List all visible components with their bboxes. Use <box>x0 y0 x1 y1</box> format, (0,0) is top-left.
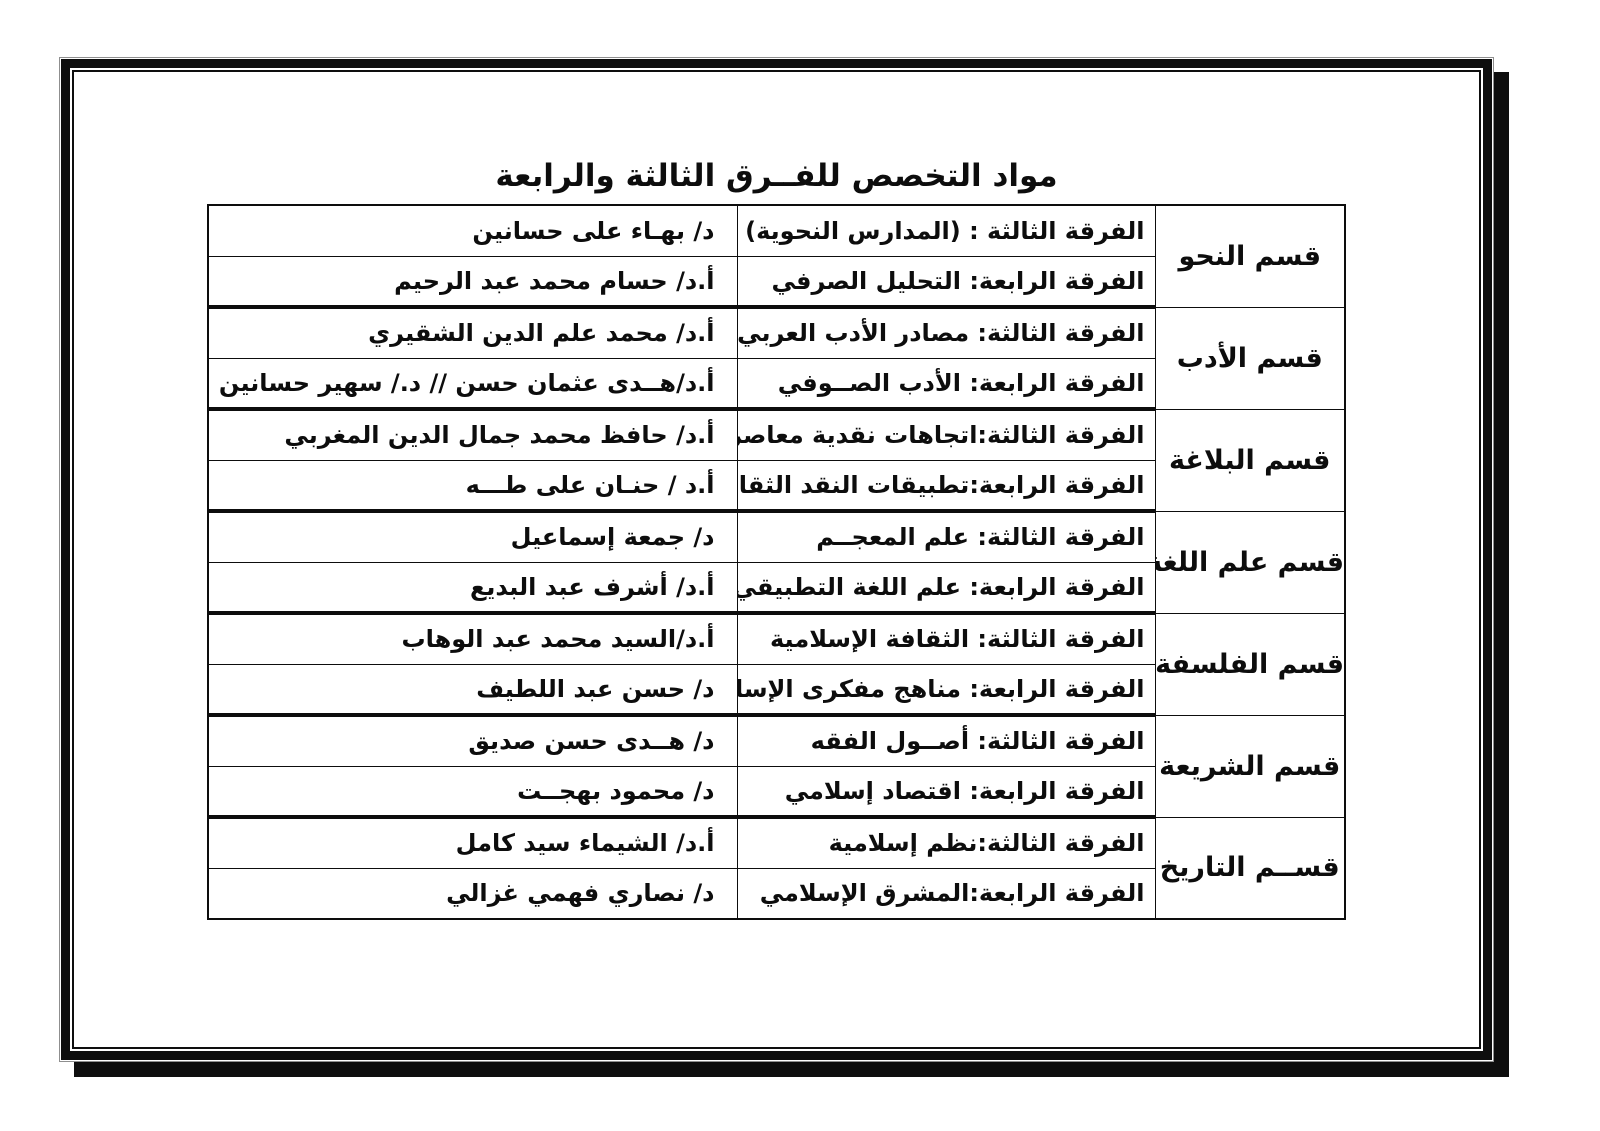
table-row: قســم التاريخ الفرقة الثالثة:نظم إسلامية… <box>208 817 1345 868</box>
subject-cell: الفرقة الرابعة: علم اللغة التطبيقي <box>737 562 1155 613</box>
page-content: مواد التخصص للفــرق الثالثة والرابعة قسم… <box>72 70 1481 1049</box>
subject-cell: الفرقة الثالثة: الثقافة الإسلامية <box>737 613 1155 664</box>
subject-cell: الفرقة الرابعة: الأدب الصــوفي <box>737 358 1155 409</box>
professor-cell: أ.د/ محمد علم الدين الشقيري <box>208 307 737 358</box>
subject-cell: الفرقة الثالثة: أصــول الفقه <box>737 715 1155 766</box>
professor-cell: د/ جمعة إسماعيل <box>208 511 737 562</box>
table-row: قسم النحو الفرقة الثالثة : (المدارس النح… <box>208 205 1345 256</box>
table-row: قسم الأدب الفرقة الثالثة: مصادر الأدب ال… <box>208 307 1345 358</box>
professor-cell: د/ بهـاء على حسانين <box>208 205 737 256</box>
table-row: قسم الشريعة الفرقة الثالثة: أصــول الفقه… <box>208 715 1345 766</box>
department-cell: قســم التاريخ <box>1155 817 1345 919</box>
page-frame: مواد التخصص للفــرق الثالثة والرابعة قسم… <box>59 57 1494 1062</box>
professor-cell: أ.د/ أشرف عبد البديع <box>208 562 737 613</box>
subject-cell: الفرقة الرابعة:تطبيقات النقد الثقافي <box>737 460 1155 511</box>
department-cell: قسم علم اللغة <box>1155 511 1345 613</box>
subject-cell: الفرقة الثالثة:نظم إسلامية <box>737 817 1155 868</box>
department-cell: قسم الشريعة <box>1155 715 1345 817</box>
subject-cell: الفرقة الثالثة: مصادر الأدب العربي <box>737 307 1155 358</box>
subject-cell: الفرقة الرابعة: التحليل الصرفي <box>737 256 1155 307</box>
department-cell: قسم الفلسفة <box>1155 613 1345 715</box>
department-cell: قسم البلاغة <box>1155 409 1345 511</box>
page-frame-thick-border: مواد التخصص للفــرق الثالثة والرابعة قسم… <box>61 59 1492 1060</box>
subject-cell: الفرقة الرابعة: اقتصاد إسلامي <box>737 766 1155 817</box>
professor-cell: د/ هــدى حسن صديق <box>208 715 737 766</box>
department-cell: قسم النحو <box>1155 205 1345 307</box>
professor-cell: د/ حسن عبد اللطيف <box>208 664 737 715</box>
courses-table: قسم النحو الفرقة الثالثة : (المدارس النح… <box>207 204 1346 920</box>
professor-cell: د/ محمود بهجــت <box>208 766 737 817</box>
subject-cell: الفرقة الثالثة : (المدارس النحوية) <box>737 205 1155 256</box>
table-row: قسم البلاغة الفرقة الثالثة:اتجاهات نقدية… <box>208 409 1345 460</box>
professor-cell: أ.د/هــدى عثمان حسن // د./ سهير حسانين م… <box>208 358 737 409</box>
subject-cell: الفرقة الثالثة:اتجاهات نقدية معاصرة <box>737 409 1155 460</box>
subject-cell: الفرقة الرابعة:المشرق الإسلامي <box>737 868 1155 919</box>
professor-cell: أ.د/ الشيماء سيد كامل <box>208 817 737 868</box>
subject-cell: الفرقة الرابعة: مناهج مفكرى الإسلام <box>737 664 1155 715</box>
professor-cell: أ.د/ حسام محمد عبد الرحيم <box>208 256 737 307</box>
subject-cell: الفرقة الثالثة: علم المعجــم <box>737 511 1155 562</box>
professor-cell: د/ نصاري فهمي غزالي <box>208 868 737 919</box>
professor-cell: أ.د/السيد محمد عبد الوهاب <box>208 613 737 664</box>
table-row: قسم علم اللغة الفرقة الثالثة: علم المعجـ… <box>208 511 1345 562</box>
department-cell: قسم الأدب <box>1155 307 1345 409</box>
professor-cell: أ.د / حنـان على طـــه <box>208 460 737 511</box>
table-row: قسم الفلسفة الفرقة الثالثة: الثقافة الإس… <box>208 613 1345 664</box>
professor-cell: أ.د/ حافظ محمد جمال الدين المغربي <box>208 409 737 460</box>
page-title: مواد التخصص للفــرق الثالثة والرابعة <box>74 158 1479 194</box>
